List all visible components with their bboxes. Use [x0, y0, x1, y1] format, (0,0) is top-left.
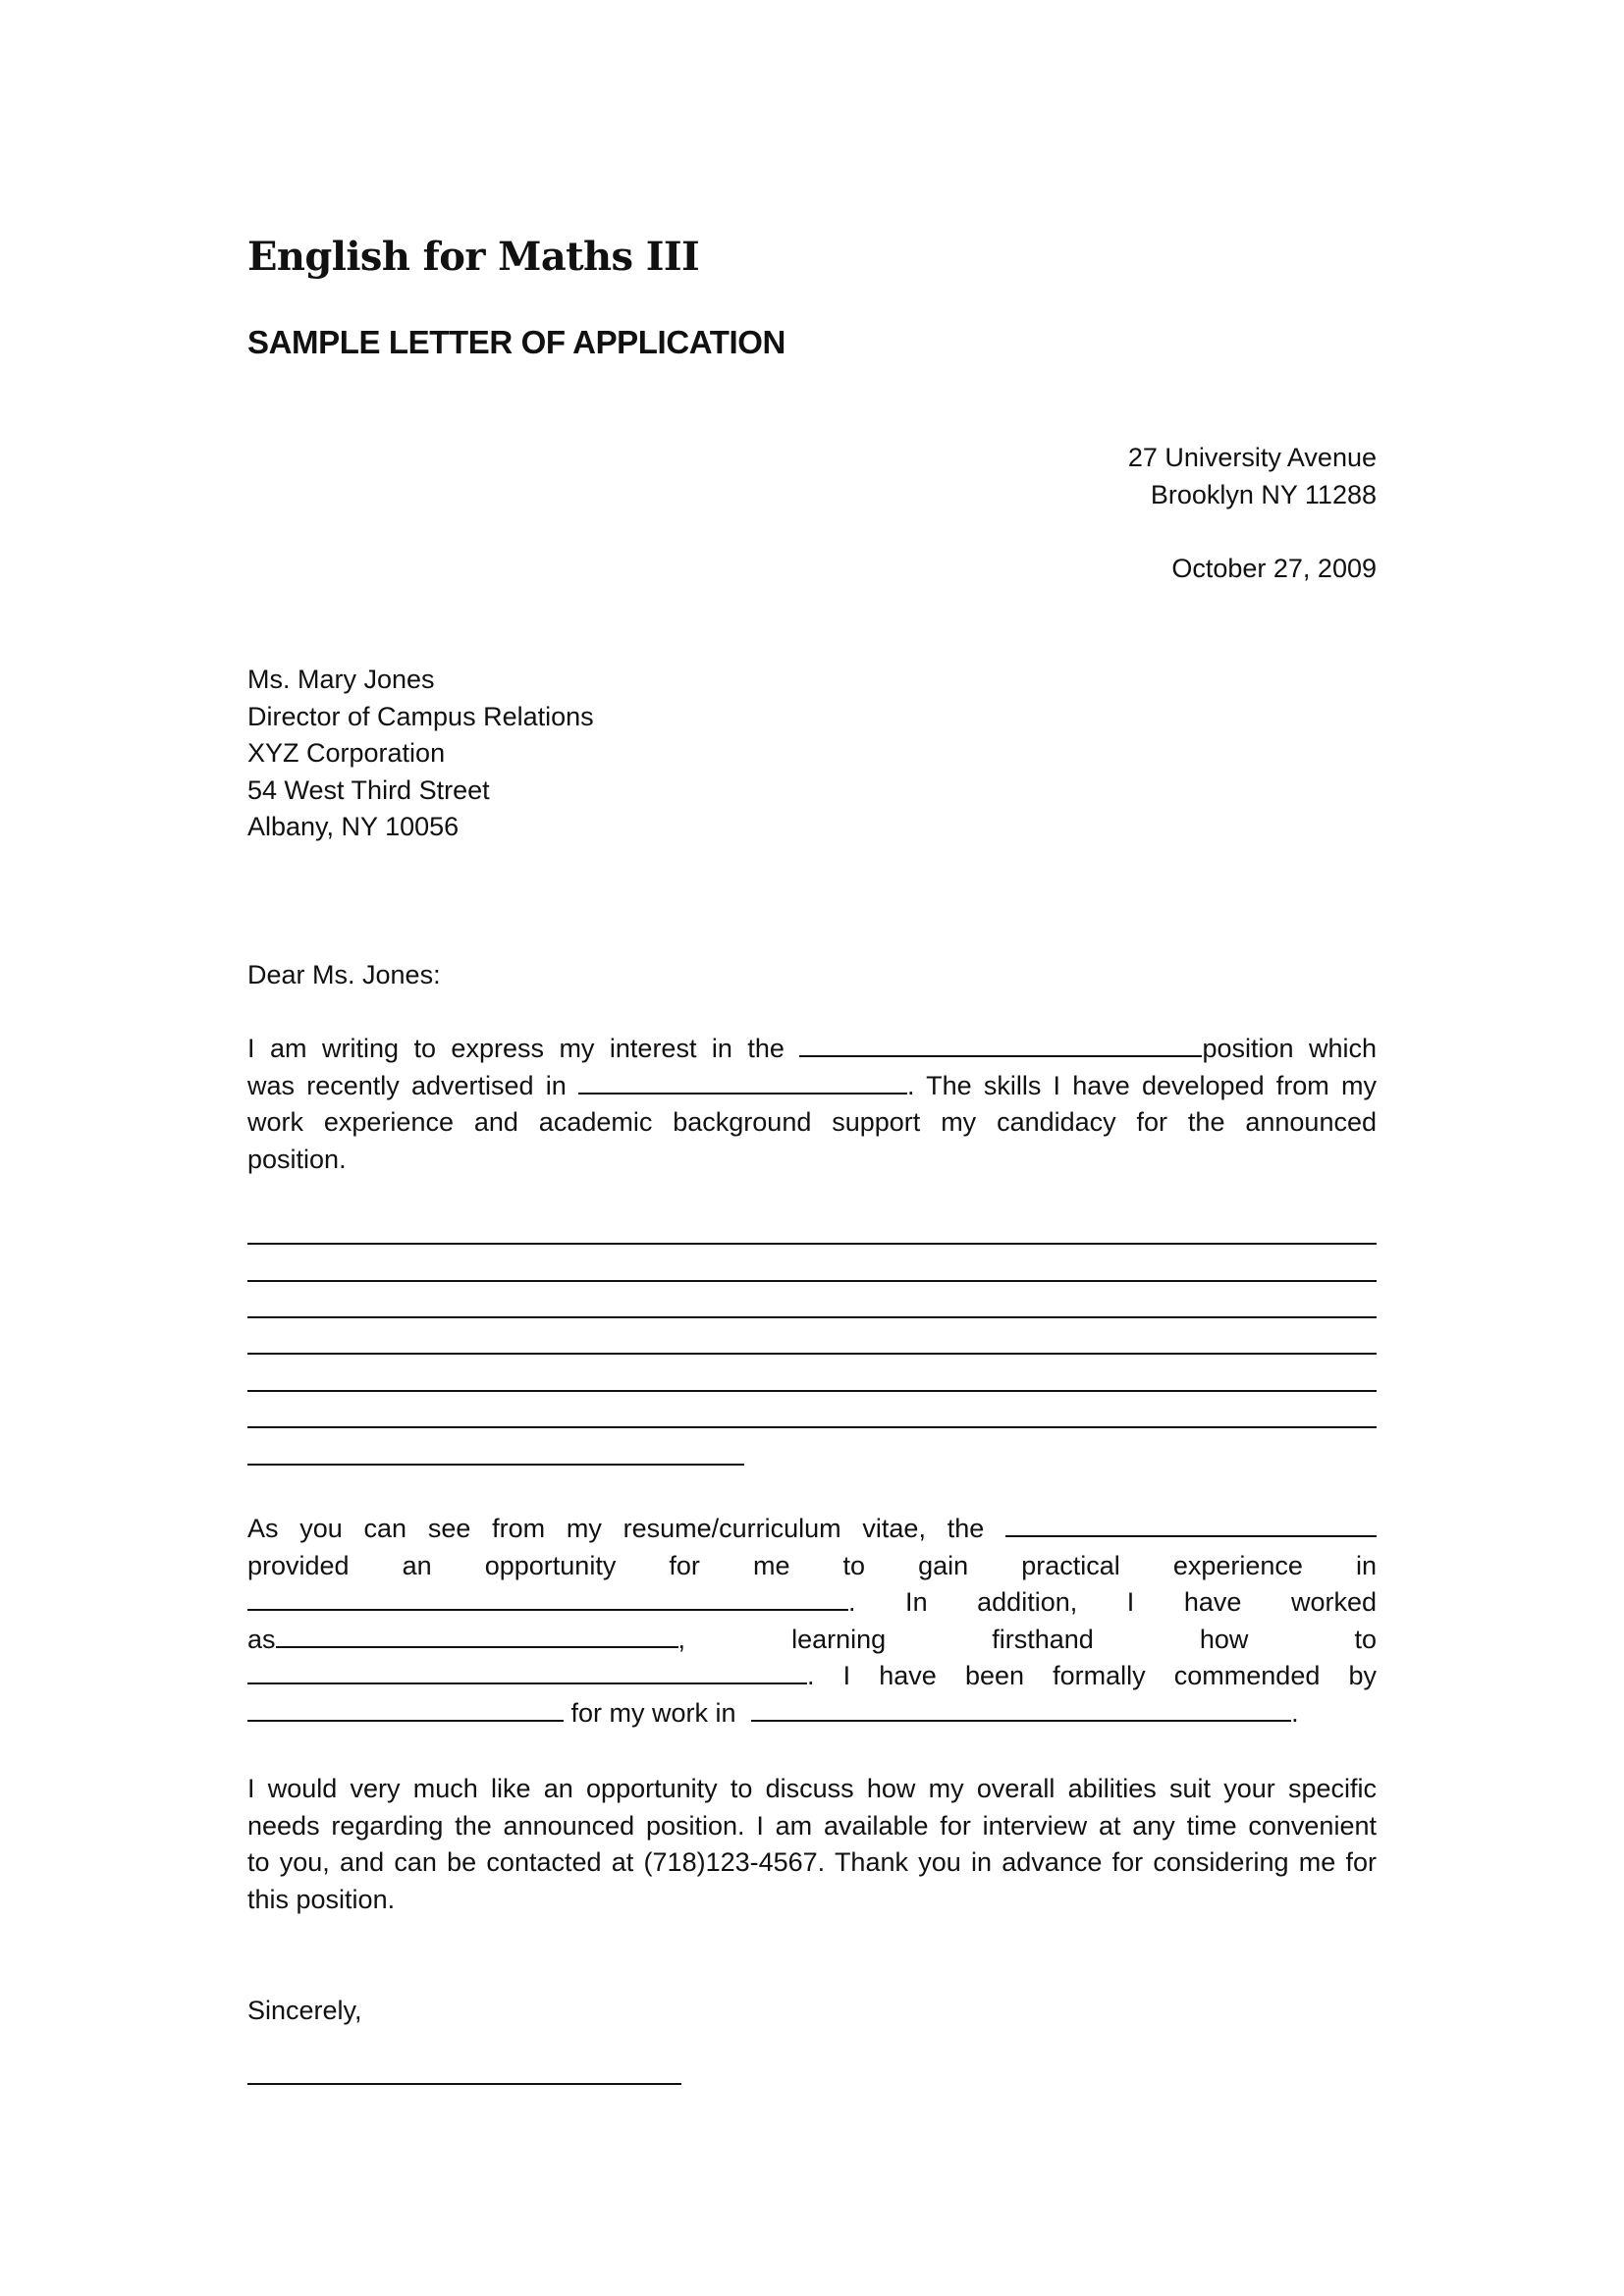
p1-line2: was recently advertised in . The skills … [247, 1068, 1377, 1105]
p1-line3: work experience and academic background … [247, 1104, 1377, 1142]
recipient-title: Director of Campus Relations [247, 699, 1377, 736]
blank-worked-as-field[interactable] [276, 1623, 678, 1648]
blank-position-field[interactable] [799, 1032, 1202, 1057]
p2-line3: . In addition, I have worked [247, 1584, 1377, 1622]
paragraph-1: I am writing to express my interest in t… [247, 1031, 1377, 1178]
document-title: English for Maths III [247, 234, 699, 280]
sender-address-line1: 27 University Avenue [1128, 440, 1377, 477]
blank-learned-field[interactable] [247, 1659, 807, 1684]
p2-line4: as, learning firsthand how to [247, 1622, 1377, 1659]
p2-line1: As you can see from my resume/curriculum… [247, 1511, 1377, 1548]
blank-line-1[interactable] [247, 1243, 1377, 1245]
blank-line-7[interactable] [247, 1464, 744, 1466]
blank-line-3[interactable] [247, 1316, 1377, 1318]
sender-address-line2: Brooklyn NY 11288 [1151, 477, 1377, 514]
blank-line-6[interactable] [247, 1426, 1377, 1428]
closing: Sincerely, [247, 1993, 362, 2030]
blank-experience-field[interactable] [247, 1585, 848, 1611]
recipient-address: Ms. Mary Jones Director of Campus Relati… [247, 662, 1377, 846]
paragraph-3: I would very much like an opportunity to… [247, 1771, 1377, 1918]
p1-line1: I am writing to express my interest in t… [247, 1031, 1377, 1068]
recipient-company: XYZ Corporation [247, 735, 1377, 773]
recipient-city: Albany, NY 10056 [247, 809, 1377, 846]
signature-line[interactable] [247, 2083, 681, 2085]
letter-date: October 27, 2009 [1171, 551, 1377, 588]
blank-line-4[interactable] [247, 1353, 1377, 1355]
blank-line-5[interactable] [247, 1390, 1377, 1392]
p2-line5: . I have been formally commended by [247, 1658, 1377, 1695]
blank-advertised-in-field[interactable] [578, 1069, 907, 1095]
recipient-street: 54 West Third Street [247, 773, 1377, 810]
p3-line3: to you, and can be contacted at (718)123… [247, 1844, 1377, 1882]
p3-line2: needs regarding the announced position. … [247, 1808, 1377, 1845]
blank-work-in-field[interactable] [751, 1696, 1291, 1722]
document-page: English for Maths III SAMPLE LETTER OF A… [0, 0, 1624, 2296]
p2-line2: provided an opportunity for me to gain p… [247, 1548, 1377, 1585]
salutation: Dear Ms. Jones: [247, 957, 441, 994]
recipient-name: Ms. Mary Jones [247, 662, 1377, 699]
blank-commended-by-field[interactable] [247, 1696, 564, 1722]
p2-line6: for my work in . [247, 1695, 1377, 1733]
paragraph-2: As you can see from my resume/curriculum… [247, 1511, 1377, 1733]
blank-line-2[interactable] [247, 1280, 1377, 1282]
p1-line4: position. [247, 1142, 1377, 1179]
blank-employer-field[interactable] [1005, 1512, 1377, 1537]
document-subtitle: SAMPLE LETTER OF APPLICATION [247, 324, 785, 361]
p3-line4: this position. [247, 1882, 1377, 1919]
p3-line1: I would very much like an opportunity to… [247, 1771, 1377, 1808]
